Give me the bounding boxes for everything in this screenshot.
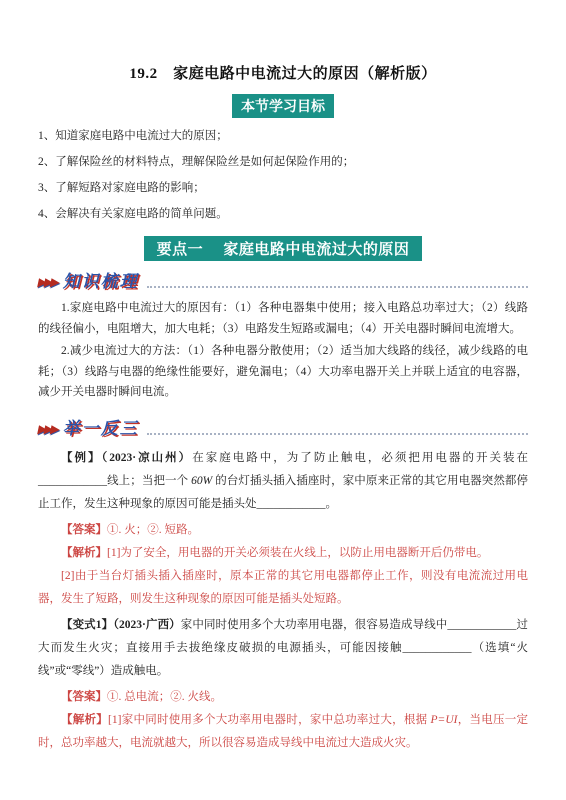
answer-text: ①. 总电流；②. 火线。 <box>107 691 222 703</box>
triple-arrow-icon: ▶▶▶ <box>36 275 64 291</box>
document-page: 19.2 家庭电路中电流过大的原因（解析版） 本节学习目标 1、知道家庭电路中电… <box>0 0 566 800</box>
dotted-rule <box>147 286 528 288</box>
objective-item: 2、了解保险丝的材料特点，理解保险丝是如何起保险作用的； <box>0 149 566 175</box>
answer-label: 【答案】 <box>61 691 107 703</box>
page-title: 19.2 家庭电路中电流过大的原因（解析版） <box>0 0 566 83</box>
analysis-text: [1]家中同时使用多个大功率用电器时，家中总功率过大，根据 <box>108 714 431 726</box>
example-wattage: 60W <box>191 475 212 487</box>
section-banner-objectives: 本节学习目标 <box>232 94 334 118</box>
example-label: 【例】（2023·凉山州） <box>61 452 192 464</box>
objective-item: 3、了解短路对家庭电路的影响； <box>0 175 566 201</box>
objective-item: 1、知道家庭电路中电流过大的原因； <box>0 123 566 149</box>
answer-text: ①. 火；②. 短路。 <box>107 524 199 536</box>
variant-question: 【变式1】（2023·广西）家中同时使用多个大功率用电器，很容易造成导线中___… <box>0 614 566 683</box>
variant-label: 【变式1】（2023·广西） <box>61 619 181 631</box>
knowledge-section-header: ▶▶▶ 知识梳理 <box>38 273 528 291</box>
analysis-label: 【解析】 <box>61 714 108 726</box>
example-answer: 【答案】①. 火；②. 短路。 <box>0 519 566 542</box>
practice-section-header: ▶▶▶ 举一反三 <box>38 420 528 438</box>
example-analysis-2: [2]由于当台灯插头插入插座时，原本正常的其它用电器都停止工作，则没有电流流过用… <box>0 565 566 611</box>
example-analysis-1: 【解析】[1]为了安全，用电器的开关必须装在火线上，以防止用电器断开后仍带电。 <box>0 542 566 565</box>
practice-header-label: 举一反三 <box>63 420 139 438</box>
section-banner-keypoint: 要点一 家庭电路中电流过大的原因 <box>144 236 423 261</box>
formula-text: P=UI <box>431 714 458 726</box>
triple-arrow-icon: ▶▶▶ <box>36 422 64 438</box>
example-question: 【例】（2023·凉山州）在家庭电路中，为了防止触电，必须把用电器的开关装在__… <box>0 447 566 516</box>
variant-answer: 【答案】①. 总电流；②. 火线。 <box>0 686 566 709</box>
analysis-label: 【解析】 <box>61 547 107 559</box>
objectives-list: 1、知道家庭电路中电流过大的原因； 2、了解保险丝的材料特点，理解保险丝是如何起… <box>0 123 566 227</box>
objective-item: 4、会解决有关家庭电路的简单问题。 <box>0 201 566 227</box>
dotted-rule <box>147 433 528 435</box>
analysis-text: [1]为了安全，用电器的开关必须装在火线上，以防止用电器断开后仍带电。 <box>107 547 488 559</box>
knowledge-paragraph-2: 2.减少电流过大的方法：（1）各种电器分散使用；（2）适当加大线路的线径，减少线… <box>0 341 566 403</box>
knowledge-header-label: 知识梳理 <box>63 273 139 291</box>
answer-label: 【答案】 <box>61 524 107 536</box>
variant-analysis: 【解析】[1]家中同时使用多个大功率用电器时，家中总功率过大，根据 P=UI，当… <box>0 709 566 755</box>
knowledge-paragraph-1: 1.家庭电路中电流过大的原因有：（1）各种电器集中使用；接入电路总功率过大；（2… <box>0 298 566 339</box>
